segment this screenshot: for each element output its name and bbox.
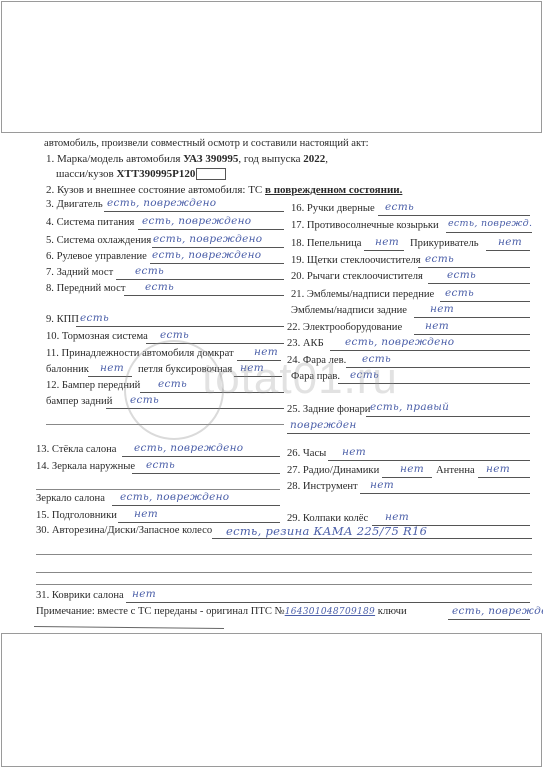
field-ashtray-value: нет [375, 236, 399, 248]
field-clock-value: нет [342, 446, 366, 458]
item-1-vin: шасси/кузов ХТТ390995Р120 [56, 168, 226, 180]
underline [328, 460, 530, 461]
field-windows-label: 13. Стёкла салона [36, 444, 117, 455]
field-fuel-system-label: 4. Система питания [46, 217, 134, 228]
field-front-axle-value: есть [145, 281, 174, 293]
field-wheel-wrench-label: балонник [46, 364, 89, 375]
keys-value: есть, повреждены [452, 605, 543, 617]
underline [146, 343, 284, 344]
field-tail-lights-value-continued: поврежден [290, 419, 357, 431]
underline [366, 416, 530, 417]
field-door-handles-value: есть [385, 201, 414, 213]
field-windows-value: есть, повреждено [134, 442, 243, 454]
underline [132, 473, 280, 474]
field-radio-label: 27. Радио/Динамики [287, 465, 379, 476]
underline [440, 301, 530, 302]
field-electrical-label: 22. Электрооборудование [287, 322, 402, 333]
underline [140, 392, 284, 393]
field-sun-visors-label: 17. Противосолнечные козырьки [291, 220, 439, 231]
field-wiper-blades-value: есть [425, 253, 454, 265]
field-headrests-label: 15. Подголовники [36, 510, 117, 521]
field-front-bumper-label: 12. Бампер передний [46, 380, 140, 391]
field-lighter-value: нет [498, 236, 522, 248]
field-rear-emblems-value: нет [430, 303, 454, 315]
underline [124, 295, 284, 296]
underline [106, 408, 284, 409]
underline [364, 250, 404, 251]
signature-stroke [34, 626, 224, 629]
field-radio-value: нет [400, 463, 424, 475]
field-wiper-arms-value: есть [447, 269, 476, 281]
blank-line [36, 554, 532, 555]
field-inside-mirror-value: есть, повреждено [120, 491, 229, 503]
underline [486, 250, 530, 251]
field-front-bumper-value: есть [158, 378, 187, 390]
field-wiper-arms-label: 20. Рычаги стеклоочистителя [291, 271, 423, 282]
field-front-emblems-label: 21. Эмблемы/надписи передние [291, 289, 434, 300]
field-tires-value: есть, резина КАМА 225/75 R16 [226, 524, 427, 538]
underline [116, 279, 284, 280]
keys-label: ключи [375, 606, 407, 617]
field-front-axle-label: 8. Передний мост [46, 283, 125, 294]
field-engine-label: 3. Двигатель [46, 199, 103, 210]
blank-line [36, 584, 532, 585]
pts-number: 164301048709189 [285, 607, 375, 617]
underline [112, 505, 280, 506]
underline [338, 383, 530, 384]
item-1-model: 1. Марка/модель автомобиля УАЗ 390995, г… [46, 153, 328, 165]
underline [150, 263, 284, 264]
underline [287, 433, 530, 434]
field-steering-value: есть, повреждено [152, 249, 261, 261]
field-gearbox-label: 9. КПП [46, 314, 79, 325]
underline [360, 493, 530, 494]
car-model: УАЗ 390995 [183, 153, 238, 165]
redaction-box-bottom [1, 633, 542, 767]
vin-redacted-box [196, 168, 226, 180]
field-hubcaps-label: 29. Колпаки колёс [287, 513, 368, 524]
field-jack-label: 11. Принадлежности автомобиля домкрат [46, 348, 234, 359]
underline [104, 211, 284, 212]
field-battery-label: 23. АКБ [287, 338, 324, 349]
field-headrests-value: нет [134, 508, 158, 520]
field-cooling-label: 5. Система охлаждения [46, 235, 151, 246]
underline [414, 334, 530, 335]
underline [378, 215, 530, 216]
field-antenna-value: нет [486, 463, 510, 475]
underline [212, 538, 532, 539]
field-right-headlight-value: есть [350, 369, 379, 381]
note-label: Примечание: вместе с ТС переданы - ориги… [36, 606, 285, 617]
underline [88, 376, 132, 377]
blank-line [46, 424, 284, 425]
underline [122, 456, 280, 457]
field-outside-mirrors-label: 14. Зеркала наружные [36, 461, 135, 472]
field-door-handles-label: 16. Ручки дверные [291, 203, 375, 214]
field-brakes-label: 10. Тормозная система [46, 331, 148, 342]
field-gearbox-value: есть [80, 312, 109, 324]
field-rear-bumper-label: бампер задний [46, 396, 112, 407]
field-rear-axle-label: 7. Задний мост [46, 267, 113, 278]
field-inside-mirror-label: Зеркало салона [36, 493, 105, 504]
underline [237, 360, 281, 361]
car-year: 2022 [303, 153, 325, 165]
field-wiper-blades-label: 19. Щетки стеклоочистителя [291, 255, 421, 266]
field-tires-label: 30. Авторезина/Диски/Запасное колесо [36, 525, 212, 536]
field-front-emblems-value: есть [445, 287, 474, 299]
body-condition-value: в поврежденном состоянии. [265, 184, 402, 196]
field-electrical-value: нет [425, 320, 449, 332]
field-tools-label: 28. Инструмент [287, 481, 358, 492]
vin-number: ХТТ390995Р120 [116, 168, 195, 180]
field-left-headlight-value: есть [362, 353, 391, 365]
field-tail-lights-label: 25. Задние фонари [287, 404, 370, 415]
item-2-body-condition: 2. Кузов и внешнее состояние автомобиля:… [46, 184, 402, 196]
field-brakes-value: есть [160, 329, 189, 341]
underline [428, 283, 530, 284]
intro-text: автомобиль, произвели совместный осмотр … [44, 138, 369, 149]
field-rear-bumper-value: есть [130, 394, 159, 406]
field-antenna-label: Антенна [436, 465, 475, 476]
underline [414, 317, 530, 318]
field-right-headlight-label: Фара прав. [291, 371, 340, 382]
field-lighter-label: Прикуриватель [410, 238, 479, 249]
field-left-headlight-label: 24. Фара лев. [287, 355, 346, 366]
field-ashtray-label: 18. Пепельница [291, 238, 361, 249]
field-wheel-wrench-value: нет [100, 362, 124, 374]
underline [138, 229, 284, 230]
field-tail-lights-value: есть, правый [370, 401, 449, 413]
underline [234, 376, 282, 377]
blank-line [36, 572, 532, 573]
field-fuel-system-value: есть, повреждено [142, 215, 251, 227]
field-tow-hook-value: нет [240, 362, 264, 374]
field-outside-mirrors-value: есть [146, 459, 175, 471]
field-floor-mats-label: 31. Коврики салона [36, 590, 124, 601]
underline [76, 326, 284, 327]
underline [330, 350, 530, 351]
blank-line [36, 489, 280, 490]
field-tools-value: нет [370, 479, 394, 491]
field-rear-axle-value: есть [135, 265, 164, 277]
field-engine-value: есть, повреждено [107, 197, 216, 209]
field-clock-label: 26. Часы [287, 448, 326, 459]
underline [382, 477, 432, 478]
redaction-box-top [1, 1, 542, 133]
field-hubcaps-value: нет [385, 511, 409, 523]
field-rear-emblems-label: Эмблемы/надписи задние [291, 305, 407, 316]
underline [118, 522, 280, 523]
field-cooling-value: есть, повреждено [153, 233, 262, 245]
underline [446, 232, 532, 233]
underline [418, 267, 530, 268]
underline [448, 619, 530, 620]
underline [126, 602, 530, 603]
field-sun-visors-value: есть, поврежд. [448, 218, 532, 229]
field-floor-mats-value: нет [132, 588, 156, 600]
underline [346, 367, 530, 368]
underline [478, 477, 530, 478]
underline [152, 247, 284, 248]
field-tow-hook-label: петля буксировочная [138, 364, 232, 375]
field-jack-value: нет [254, 346, 278, 358]
note-line: Примечание: вместе с ТС переданы - ориги… [36, 606, 407, 617]
field-steering-label: 6. Рулевое управление [46, 251, 147, 262]
field-battery-value: есть, повреждено [345, 336, 454, 348]
